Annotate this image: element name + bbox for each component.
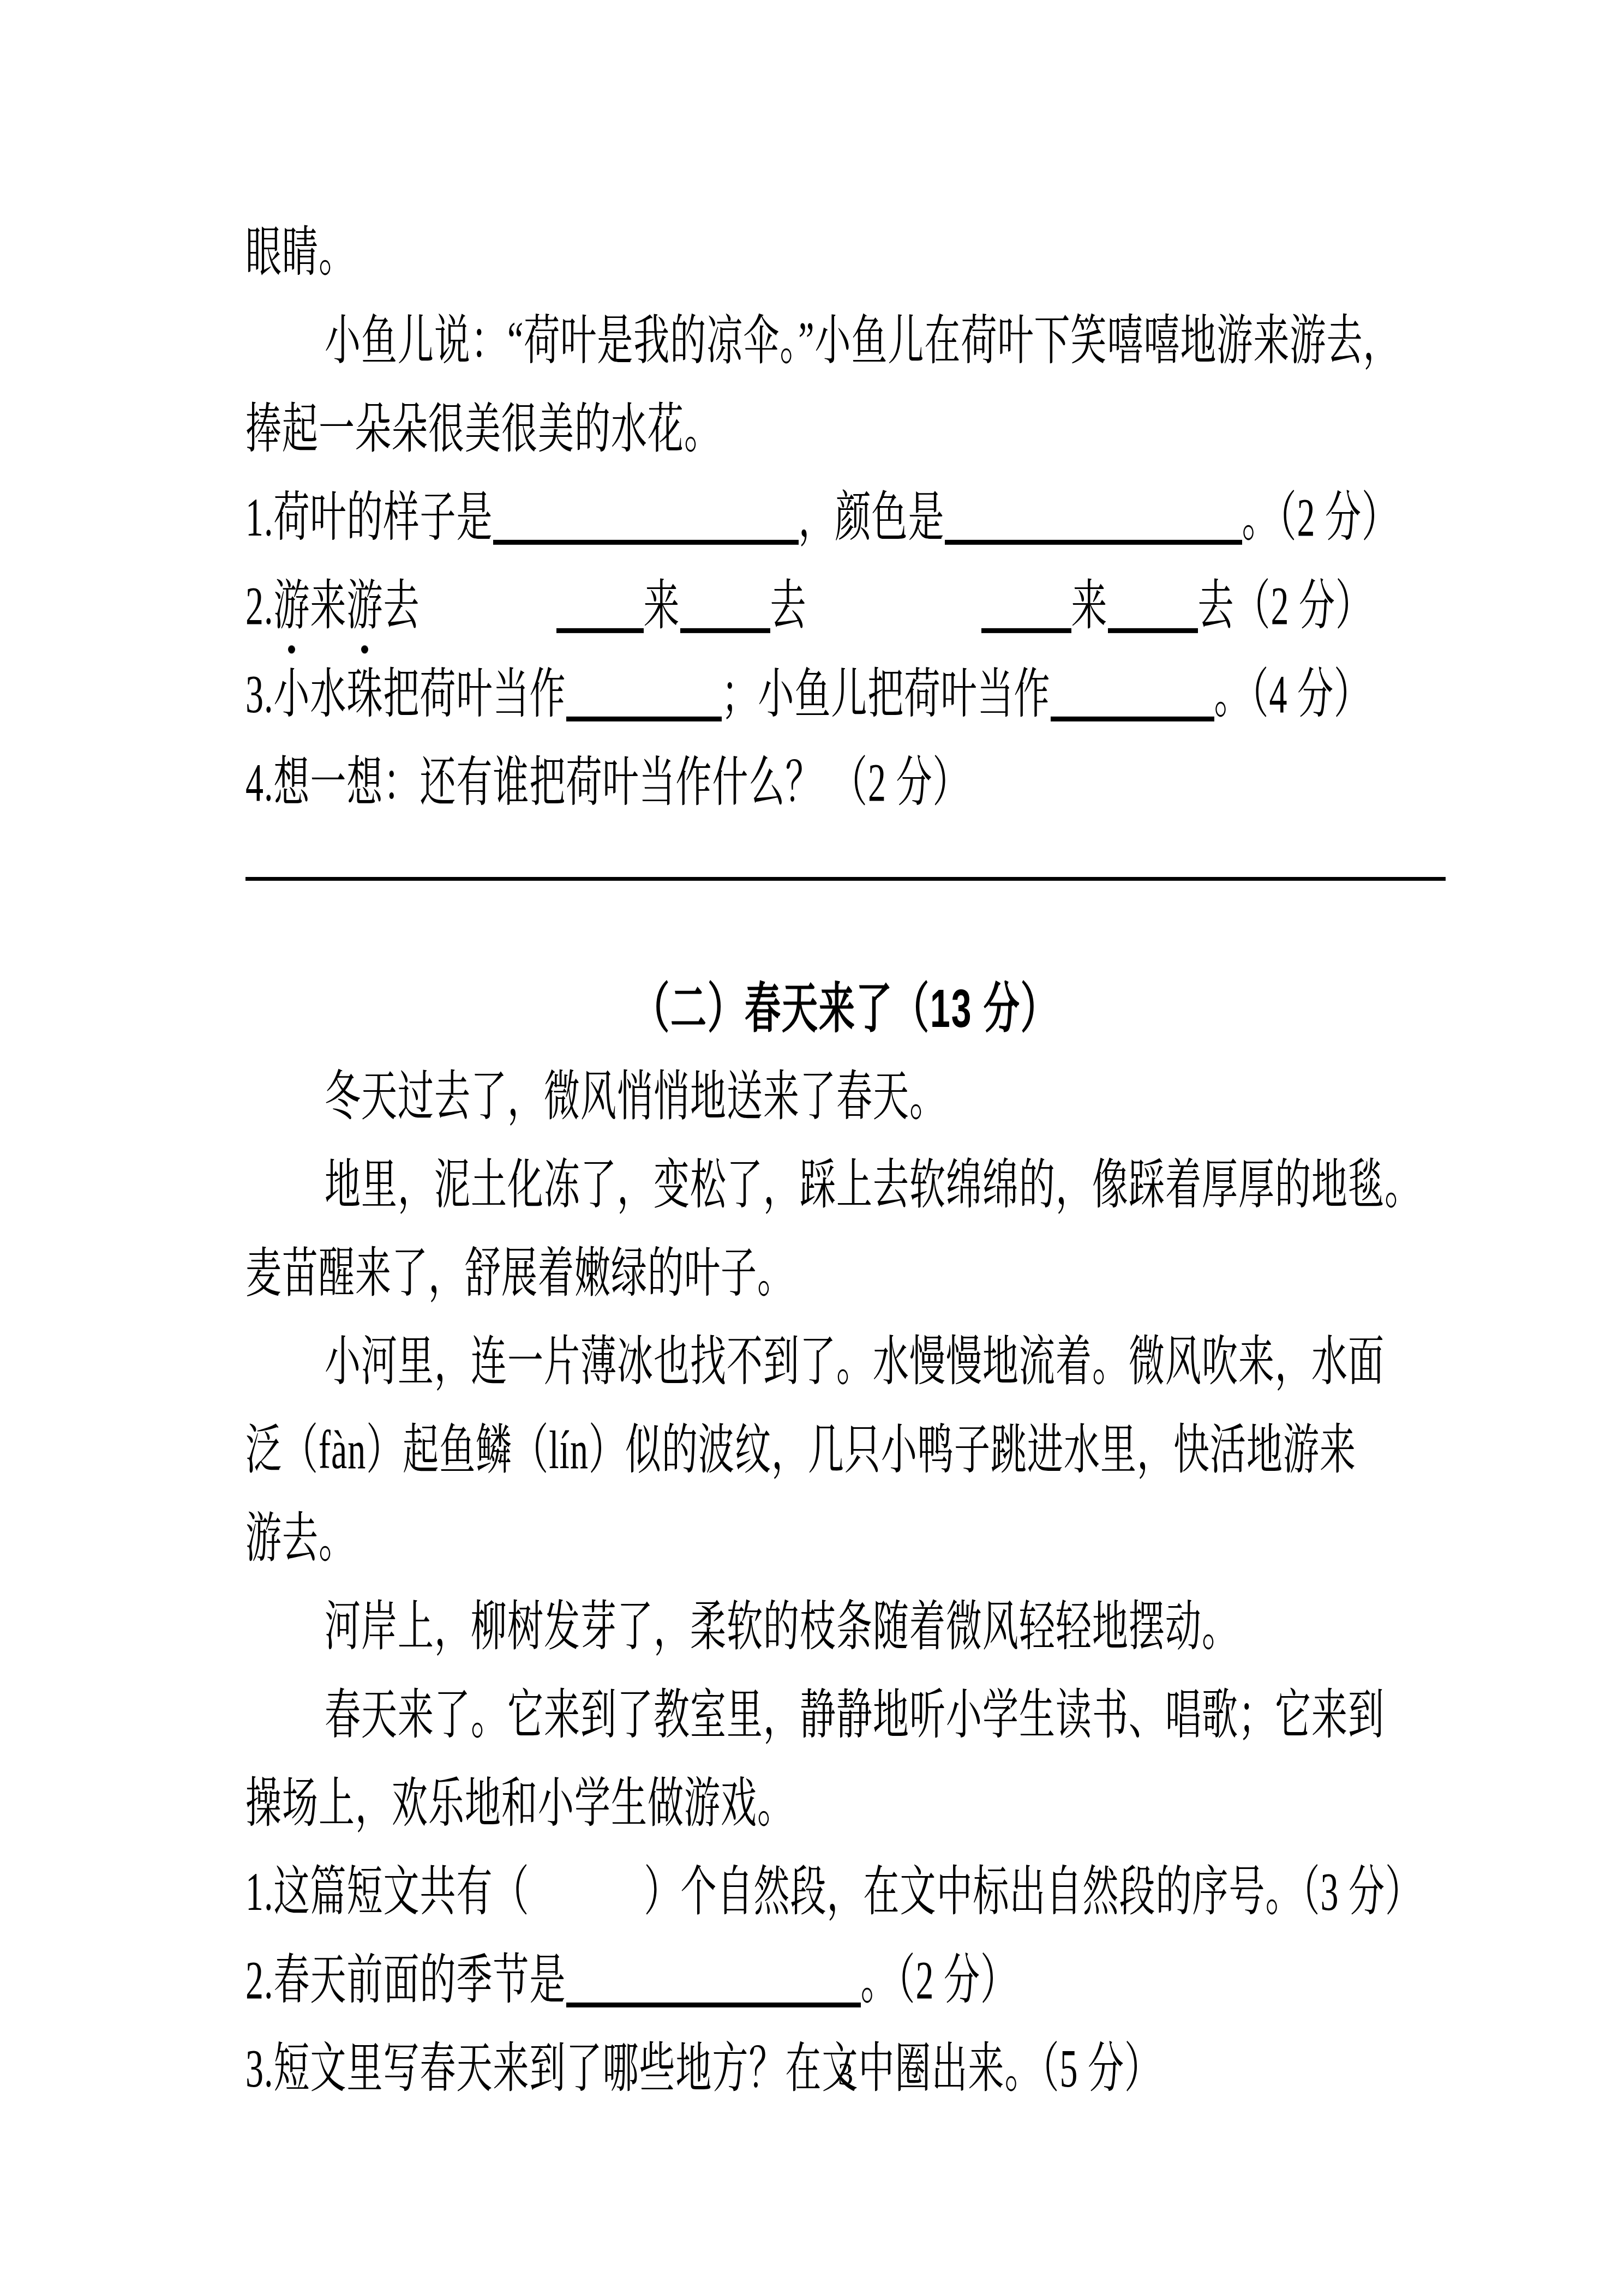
passage-text: 地里，泥土化冻了，变松了，踩上去软绵绵的，像踩着厚厚的地毯。: [325, 1157, 1421, 1216]
passage2-line: 泛（fàn）起鱼鳞（lín）似的波纹，几只小鸭子跳进水里，快活地游来: [245, 1407, 1446, 1495]
s2-question-1: 1.这篇短文共有（）个自然段，在文中标出自然段的序号。（3 分）: [245, 1849, 1446, 1937]
passage-text: 河岸上，柳树发芽了，柔软的枝条随着微风轻轻地摆动。: [325, 1598, 1238, 1658]
page-footer: 3: [245, 2059, 1446, 2090]
answer-blank: [1108, 592, 1198, 633]
passage-text: 春天来了。它来到了教室里，静静地听小学生读书、唱歌；它来到: [325, 1687, 1385, 1746]
pattern-char: 去: [1198, 576, 1235, 636]
answer-blank: [493, 504, 799, 545]
passage1-line-2: 小鱼儿说：“荷叶是我的凉伞。”小鱼儿在荷叶下笑嘻嘻地游来游去，: [245, 298, 1446, 386]
passage-text: 小鱼儿说：“荷叶是我的凉伞。”小鱼儿在荷叶下笑嘻嘻地游来游去，: [325, 312, 1400, 372]
section-divider-rule: [245, 877, 1446, 881]
page-number: 3: [838, 2058, 853, 2091]
question-text: 3.小水珠把荷叶当作: [245, 665, 566, 725]
divider-line: [245, 877, 1446, 965]
s2-question-2: 2.春天前面的季节是。（2 分）: [245, 1937, 1446, 2025]
answer-blank: [680, 592, 770, 633]
question-text: 来: [310, 576, 347, 636]
question-text: 1.这篇短文共有（: [245, 1862, 530, 1922]
pattern-char: 来: [1071, 576, 1108, 636]
s1-question-1: 1.荷叶的样子是，颜色是。（2 分）: [245, 474, 1446, 563]
passage1-line-1: 眼睛。: [245, 209, 1446, 298]
passage-text: 小河里，连一片薄冰也找不到了。水慢慢地流着。微风吹来，水面: [325, 1333, 1385, 1393]
passage2-line: 游去。: [245, 1495, 1446, 1584]
passage2-line: 小河里，连一片薄冰也找不到了。水慢慢地流着。微风吹来，水面: [245, 1319, 1446, 1407]
pattern-char: 来: [644, 576, 680, 636]
question-text: ；小鱼儿把荷叶当作: [722, 665, 1051, 725]
answer-blank: [556, 592, 644, 633]
passage2-line: 操场上，欢乐地和小学生做游戏。: [245, 1760, 1446, 1849]
question-score: 。（2 分）: [1242, 488, 1399, 548]
passage-text: 泛（fàn）起鱼鳞（lín）似的波纹，几只小鸭子跳进水里，快活地游来: [245, 1422, 1356, 1481]
answer-blank: [981, 592, 1071, 633]
passage-text: 麦苗醒来了，舒展着嫩绿的叶子。: [245, 1245, 794, 1305]
exam-page: 眼睛。 小鱼儿说：“荷叶是我的凉伞。”小鱼儿在荷叶下笑嘻嘻地游来游去， 捧起一朵…: [0, 0, 1624, 2296]
text-column: 眼睛。 小鱼儿说：“荷叶是我的凉伞。”小鱼儿在荷叶下笑嘻嘻地游来游去， 捧起一朵…: [245, 209, 1446, 2114]
passage2-line: 麦苗醒来了，舒展着嫩绿的叶子。: [245, 1230, 1446, 1319]
passage2-line: 冬天过去了，微风悄悄地送来了春天。: [245, 1054, 1446, 1142]
question-text: 去: [383, 576, 420, 636]
emphasized-char: 游: [347, 578, 383, 637]
passage-text: 操场上，欢乐地和小学生做游戏。: [245, 1775, 794, 1835]
question-text: ，颜色是: [799, 488, 945, 548]
question-number: 2.: [245, 576, 274, 636]
question-text: 1.荷叶的样子是: [245, 488, 493, 548]
passage-text: 冬天过去了，微风悄悄地送来了春天。: [325, 1068, 946, 1128]
answer-blank: [566, 1967, 861, 2008]
section-title: （二）春天来了（13 分）: [633, 979, 1058, 1038]
s1-question-4: 4.想一想：还有谁把荷叶当作什么？ （2 分）: [245, 740, 1446, 828]
s1-question-3: 3.小水珠把荷叶当作；小鱼儿把荷叶当作。（4 分）: [245, 651, 1446, 740]
question-text: 4.想一想：还有谁把荷叶当作什么？ （2 分）: [245, 754, 969, 814]
question-text: 2.春天前面的季节是: [245, 1951, 566, 2011]
passage-text: 眼睛。: [245, 224, 355, 284]
answer-blank: [945, 504, 1242, 545]
question-text: ）个自然段，在文中标出自然段的序号。（3 分）: [644, 1862, 1422, 1922]
passage2-line: 地里，泥土化冻了，变松了，踩上去软绵绵的，像踩着厚厚的地毯。: [245, 1142, 1446, 1230]
answer-blank: [1051, 681, 1214, 722]
passage-text: 捧起一朵朵很美很美的水花。: [245, 401, 721, 460]
question-score: 。（4 分）: [1214, 665, 1371, 725]
passage-text: 游去。: [245, 1510, 355, 1570]
question-score: 。（2 分）: [861, 1951, 1017, 2011]
section2-heading: （二）春天来了（13 分）: [245, 965, 1446, 1054]
passage2-line: 河岸上，柳树发芽了，柔软的枝条随着微风轻轻地摆动。: [245, 1584, 1446, 1672]
s1-question-2: 2.游来游去来去来去（2 分）: [245, 563, 1446, 651]
emphasized-char: 游: [274, 578, 310, 637]
answer-blank: [566, 681, 722, 722]
passage2-line: 春天来了。它来到了教室里，静静地听小学生读书、唱歌；它来到: [245, 1672, 1446, 1760]
question-score: （2 分）: [1235, 576, 1373, 636]
pattern-char: 去: [770, 576, 807, 636]
passage1-line-3: 捧起一朵朵很美很美的水花。: [245, 386, 1446, 474]
